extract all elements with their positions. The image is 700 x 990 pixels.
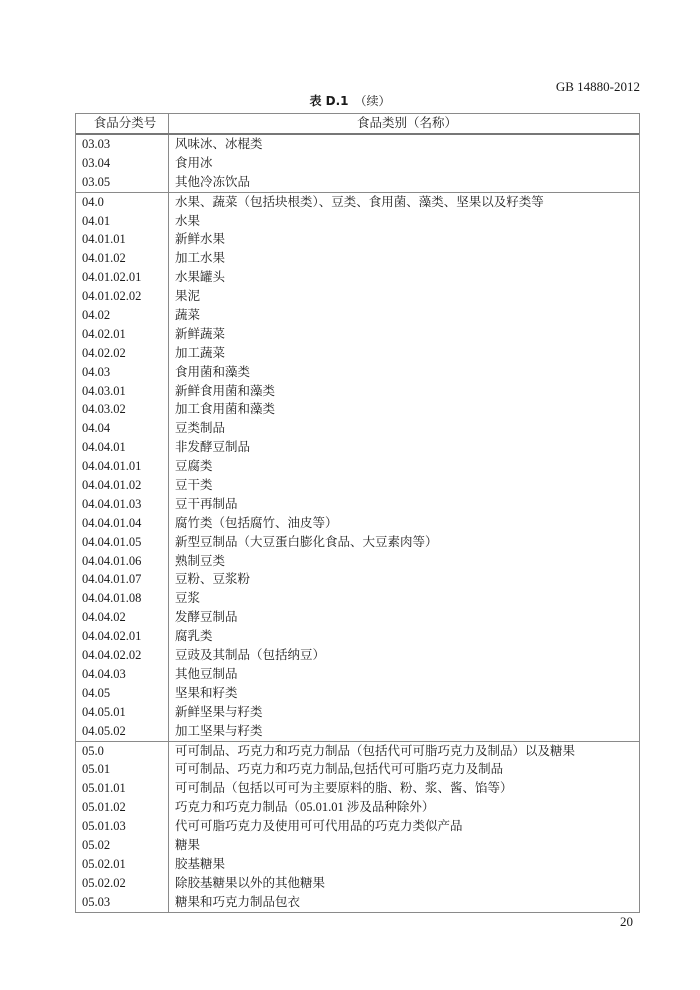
category-code: 04.04.01.08 xyxy=(76,589,169,608)
table-row: 04.04.01.04腐竹类（包括腐竹、油皮等） xyxy=(76,514,639,533)
table-row: 04.01.02.02果泥 xyxy=(76,287,639,306)
table-row-group: 05.0可可制品、巧克力和巧克力制品（包括代可可脂巧克力及制品）以及糖果05.0… xyxy=(76,742,639,912)
category-code: 04.04.01.02 xyxy=(76,476,169,495)
category-name: 新鲜食用菌和藻类 xyxy=(169,382,639,401)
page-number: 20 xyxy=(620,914,633,930)
category-name: 腐乳类 xyxy=(169,627,639,646)
category-code: 05.02.02 xyxy=(76,874,169,893)
category-code: 04.05.01 xyxy=(76,703,169,722)
table-row: 04.04.01.03豆干再制品 xyxy=(76,495,639,514)
category-name: 果泥 xyxy=(169,287,639,306)
category-name: 发酵豆制品 xyxy=(169,608,639,627)
table-row: 05.02糖果 xyxy=(76,836,639,855)
category-code: 04.02.02 xyxy=(76,344,169,363)
table-row: 04.01.02.01水果罐头 xyxy=(76,268,639,287)
table-row: 04.04豆类制品 xyxy=(76,419,639,438)
category-code: 05.01.03 xyxy=(76,817,169,836)
table-title-label: 表 D.1 xyxy=(309,94,348,108)
table-row-group: 03.03风味冰、冰棍类03.04食用冰03.05其他冷冻饮品 xyxy=(76,135,639,193)
table-row: 04.01.02加工水果 xyxy=(76,249,639,268)
table-row-group: 04.0水果、蔬菜（包括块根类）、豆类、食用菌、藻类、坚果以及籽类等04.01水… xyxy=(76,193,639,742)
category-name: 其他豆制品 xyxy=(169,665,639,684)
category-name: 非发酵豆制品 xyxy=(169,438,639,457)
category-name: 新鲜水果 xyxy=(169,230,639,249)
column-header-name: 食品类别（名称） xyxy=(169,114,639,133)
category-code: 04.05.02 xyxy=(76,722,169,741)
category-code: 04.03.02 xyxy=(76,400,169,419)
category-name: 豆浆 xyxy=(169,589,639,608)
category-name: 新型豆制品（大豆蛋白膨化食品、大豆素肉等） xyxy=(169,533,639,552)
category-name: 糖果 xyxy=(169,836,639,855)
category-code: 04.04.01.03 xyxy=(76,495,169,514)
category-code: 04.04.01.06 xyxy=(76,552,169,571)
category-code: 04.04.01.01 xyxy=(76,457,169,476)
table-row: 05.03糖果和巧克力制品包衣 xyxy=(76,893,639,912)
table-row: 04.04.01.05新型豆制品（大豆蛋白膨化食品、大豆素肉等） xyxy=(76,533,639,552)
category-code: 04.04.01.05 xyxy=(76,533,169,552)
category-code: 03.04 xyxy=(76,154,169,173)
category-name: 腐竹类（包括腐竹、油皮等） xyxy=(169,514,639,533)
table-row: 05.01可可制品、巧克力和巧克力制品,包括代可可脂巧克力及制品 xyxy=(76,760,639,779)
category-name: 加工食用菌和藻类 xyxy=(169,400,639,419)
table-row: 05.02.02除胶基糖果以外的其他糖果 xyxy=(76,874,639,893)
category-name: 可可制品（包括以可可为主要原料的脂、粉、浆、酱、馅等） xyxy=(169,779,639,798)
category-name: 食用冰 xyxy=(169,154,639,173)
category-code: 04.04.01.07 xyxy=(76,570,169,589)
category-name: 代可可脂巧克力及使用可可代用品的巧克力类似产品 xyxy=(169,817,639,836)
category-code: 04.01.02.02 xyxy=(76,287,169,306)
category-name: 胶基糖果 xyxy=(169,855,639,874)
category-code: 04.03.01 xyxy=(76,382,169,401)
table-header-row: 食品分类号 食品类别（名称） xyxy=(76,114,639,135)
table-row: 04.02.01新鲜蔬菜 xyxy=(76,325,639,344)
table-row: 04.05.01新鲜坚果与籽类 xyxy=(76,703,639,722)
category-name: 豆类制品 xyxy=(169,419,639,438)
category-name: 水果 xyxy=(169,212,639,231)
category-name: 加工坚果与籽类 xyxy=(169,722,639,741)
table-row: 04.04.01.07豆粉、豆浆粉 xyxy=(76,570,639,589)
category-code: 04.01.02.01 xyxy=(76,268,169,287)
category-code: 04.04 xyxy=(76,419,169,438)
table-row: 04.04.01.02豆干类 xyxy=(76,476,639,495)
table-row: 04.04.02.01腐乳类 xyxy=(76,627,639,646)
category-name: 加工蔬菜 xyxy=(169,344,639,363)
category-name: 豆干再制品 xyxy=(169,495,639,514)
category-name: 加工水果 xyxy=(169,249,639,268)
category-code: 04.01 xyxy=(76,212,169,231)
category-code: 04.03 xyxy=(76,363,169,382)
category-name: 豆豉及其制品（包括纳豆） xyxy=(169,646,639,665)
category-code: 05.01.01 xyxy=(76,779,169,798)
table-row: 04.05坚果和籽类 xyxy=(76,684,639,703)
table-row: 04.04.02发酵豆制品 xyxy=(76,608,639,627)
category-code: 04.02 xyxy=(76,306,169,325)
category-name: 新鲜蔬菜 xyxy=(169,325,639,344)
category-code: 04.05 xyxy=(76,684,169,703)
table-row: 04.04.01.08豆浆 xyxy=(76,589,639,608)
category-name: 水果罐头 xyxy=(169,268,639,287)
table-row: 05.01.02巧克力和巧克力制品（05.01.01 涉及品种除外） xyxy=(76,798,639,817)
category-code: 04.04.01.04 xyxy=(76,514,169,533)
table-row: 05.01.01可可制品（包括以可可为主要原料的脂、粉、浆、酱、馅等） xyxy=(76,779,639,798)
table-row: 04.02.02加工蔬菜 xyxy=(76,344,639,363)
table-row: 04.04.01.06熟制豆类 xyxy=(76,552,639,571)
column-header-code: 食品分类号 xyxy=(76,114,169,133)
category-code: 04.04.01 xyxy=(76,438,169,457)
category-code: 04.0 xyxy=(76,193,169,212)
table-row: 04.04.01非发酵豆制品 xyxy=(76,438,639,457)
category-name: 豆腐类 xyxy=(169,457,639,476)
table-row: 04.04.01.01豆腐类 xyxy=(76,457,639,476)
category-code: 05.02 xyxy=(76,836,169,855)
category-code: 05.01.02 xyxy=(76,798,169,817)
table-title-continued: （续） xyxy=(355,94,391,108)
category-code: 04.02.01 xyxy=(76,325,169,344)
category-code: 04.04.03 xyxy=(76,665,169,684)
food-category-table: 食品分类号 食品类别（名称） 03.03风味冰、冰棍类03.04食用冰03.05… xyxy=(75,113,640,913)
table-row: 04.04.02.02豆豉及其制品（包括纳豆） xyxy=(76,646,639,665)
category-name: 熟制豆类 xyxy=(169,552,639,571)
category-name: 除胶基糖果以外的其他糖果 xyxy=(169,874,639,893)
category-code: 04.04.02.01 xyxy=(76,627,169,646)
category-name: 巧克力和巧克力制品（05.01.01 涉及品种除外） xyxy=(169,798,639,817)
category-name: 可可制品、巧克力和巧克力制品,包括代可可脂巧克力及制品 xyxy=(169,760,639,779)
table-row: 03.05其他冷冻饮品 xyxy=(76,173,639,192)
category-code: 04.04.02.02 xyxy=(76,646,169,665)
category-code: 05.03 xyxy=(76,893,169,912)
category-code: 05.0 xyxy=(76,742,169,761)
category-name: 食用菌和藻类 xyxy=(169,363,639,382)
table-row: 04.0水果、蔬菜（包括块根类）、豆类、食用菌、藻类、坚果以及籽类等 xyxy=(76,193,639,212)
category-name: 水果、蔬菜（包括块根类）、豆类、食用菌、藻类、坚果以及籽类等 xyxy=(169,193,639,212)
table-title: 表 D.1（续） xyxy=(0,92,700,109)
category-name: 豆干类 xyxy=(169,476,639,495)
table-row: 04.03食用菌和藻类 xyxy=(76,363,639,382)
table-row: 04.05.02加工坚果与籽类 xyxy=(76,722,639,741)
table-row: 05.01.03代可可脂巧克力及使用可可代用品的巧克力类似产品 xyxy=(76,817,639,836)
category-code: 04.04.02 xyxy=(76,608,169,627)
table-row: 04.03.01新鲜食用菌和藻类 xyxy=(76,382,639,401)
category-name: 可可制品、巧克力和巧克力制品（包括代可可脂巧克力及制品）以及糖果 xyxy=(169,742,639,761)
category-code: 03.05 xyxy=(76,173,169,192)
category-name: 蔬菜 xyxy=(169,306,639,325)
table-row: 04.01.01新鲜水果 xyxy=(76,230,639,249)
category-name: 其他冷冻饮品 xyxy=(169,173,639,192)
category-name: 坚果和籽类 xyxy=(169,684,639,703)
table-row: 04.02蔬菜 xyxy=(76,306,639,325)
table-row: 03.03风味冰、冰棍类 xyxy=(76,135,639,154)
category-code: 05.01 xyxy=(76,760,169,779)
table-row: 04.03.02加工食用菌和藻类 xyxy=(76,400,639,419)
table-body: 03.03风味冰、冰棍类03.04食用冰03.05其他冷冻饮品04.0水果、蔬菜… xyxy=(76,135,639,912)
category-code: 04.01.01 xyxy=(76,230,169,249)
table-row: 04.04.03其他豆制品 xyxy=(76,665,639,684)
category-name: 新鲜坚果与籽类 xyxy=(169,703,639,722)
table-row: 05.02.01胶基糖果 xyxy=(76,855,639,874)
table-row: 05.0可可制品、巧克力和巧克力制品（包括代可可脂巧克力及制品）以及糖果 xyxy=(76,742,639,761)
category-code: 05.02.01 xyxy=(76,855,169,874)
category-code: 03.03 xyxy=(76,135,169,154)
category-name: 风味冰、冰棍类 xyxy=(169,135,639,154)
category-name: 糖果和巧克力制品包衣 xyxy=(169,893,639,912)
category-name: 豆粉、豆浆粉 xyxy=(169,570,639,589)
category-code: 04.01.02 xyxy=(76,249,169,268)
table-row: 03.04食用冰 xyxy=(76,154,639,173)
table-row: 04.01水果 xyxy=(76,212,639,231)
